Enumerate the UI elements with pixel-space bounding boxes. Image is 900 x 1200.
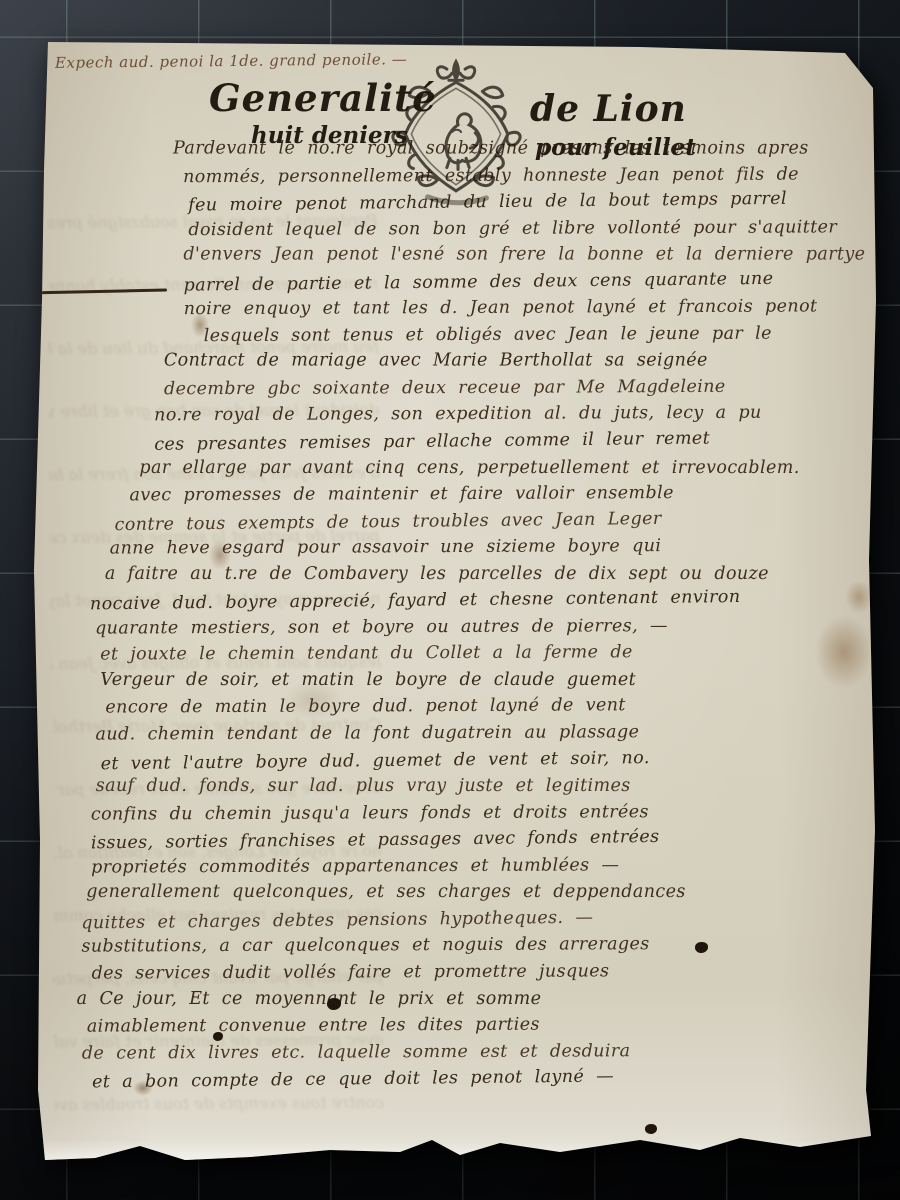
manuscript-line: et jouxte le chemin tendant du Collet a …: [100, 639, 879, 669]
manuscript-line: lesquels sont tenus et obligés avec Jean…: [204, 320, 878, 349]
manuscript-line: decembre gbc soixante deux receue par Me…: [164, 373, 878, 403]
manuscript-line: encore de matin le boyre dud. penot layn…: [105, 692, 879, 722]
header-subtitle-pour-feuillet: pour feuillet: [535, 134, 696, 161]
manuscript-line: a Ce jour, Et ce moyennant le prix et so…: [77, 985, 881, 1012]
header-title-de-lion: de Lion: [530, 88, 687, 130]
manuscript-line: par ellarge par avant cinq cens, perpetu…: [139, 454, 878, 481]
manuscript-line: Vergeur de soir, et matin le boyre de cl…: [100, 667, 879, 694]
paper-surface: Pardevant le no.re royal soubzsigné pres…: [33, 40, 879, 1166]
manuscript-line: Contract de mariage avec Marie Bertholla…: [164, 348, 878, 375]
manuscript-line: doisident lequel de son bon gré et libre…: [188, 214, 877, 244]
manuscript-page: Pardevant le no.re royal soubzsigné pres…: [33, 40, 879, 1166]
top-margin-note: Expech aud. penoi la 1de. grand penoile.…: [55, 50, 407, 72]
manuscript-line: aimablement convenue entre les dites par…: [87, 1010, 881, 1040]
manuscript-line: sauf dud. fonds, sur lad. plus vray just…: [96, 773, 880, 800]
photo-of-manuscript: { "scene": { "description": "Photograph …: [0, 0, 900, 1200]
ink-blot: [645, 1124, 657, 1134]
manuscript-line: des services dudit vollés faire et prome…: [92, 957, 881, 987]
manuscript-line: d'envers Jean penot l'esné son frere la …: [183, 242, 877, 269]
manuscript-body: Pardevant le no.re royal soubzsigné pres…: [31, 134, 881, 1093]
tax-stamp-icon: [385, 56, 527, 208]
